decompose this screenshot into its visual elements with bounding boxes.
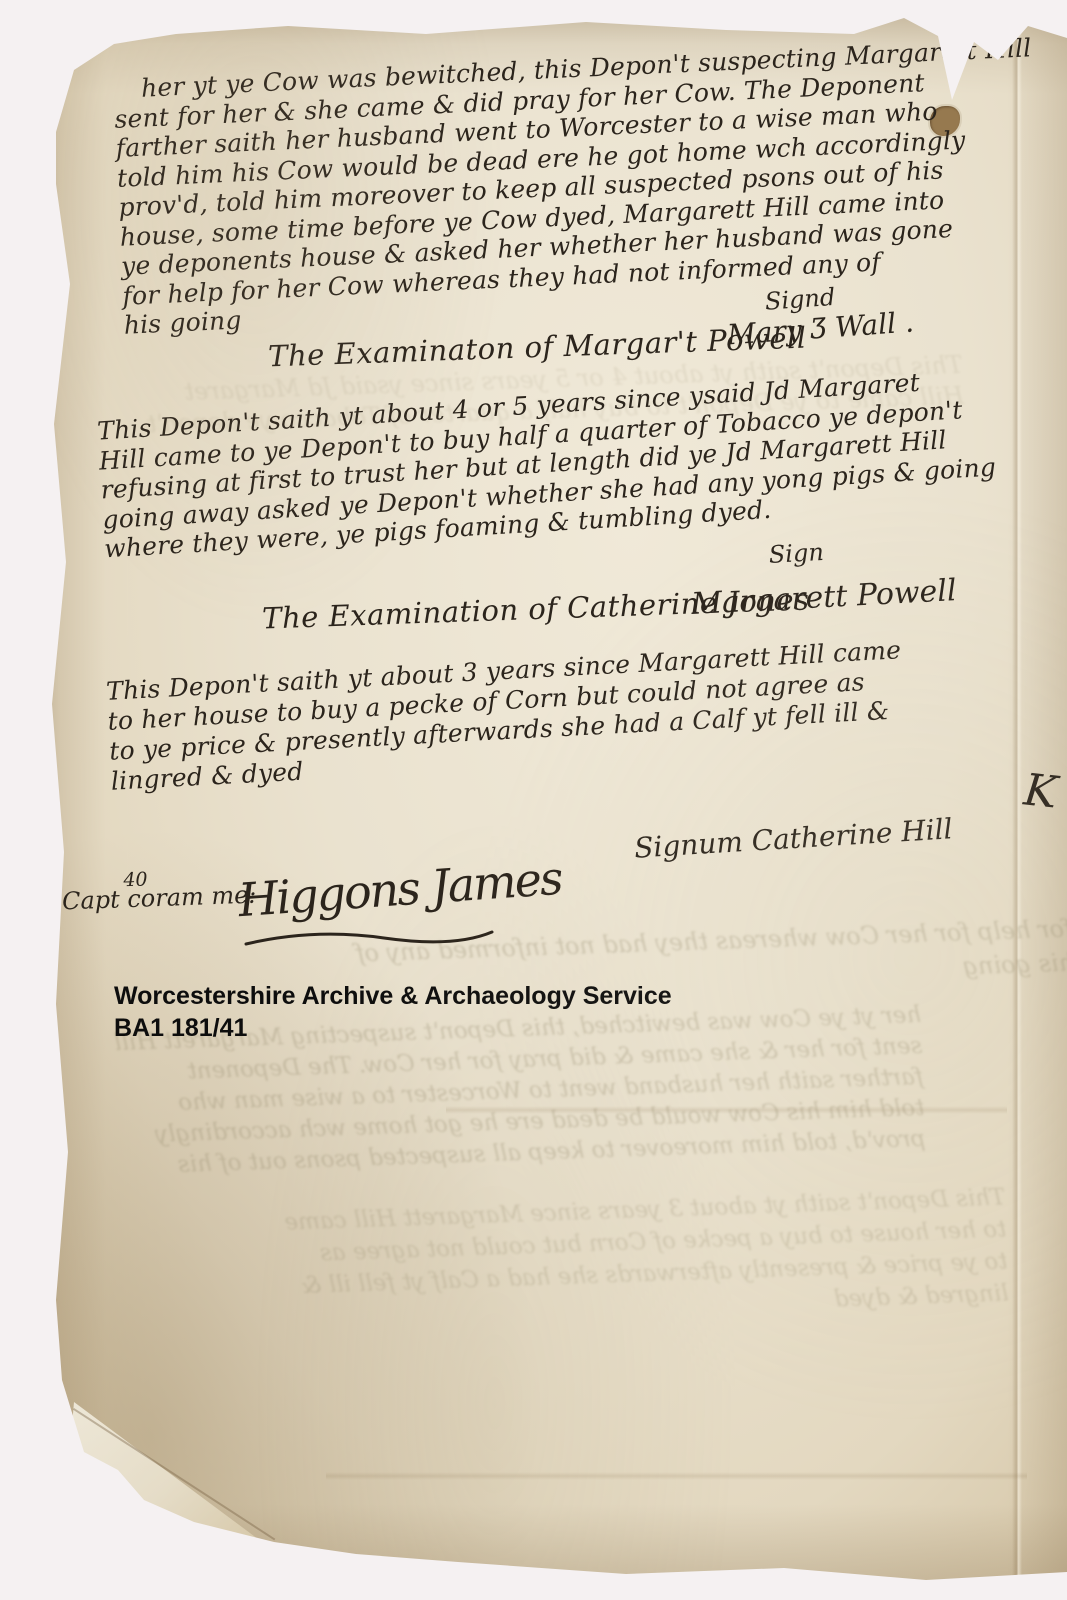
signature-catherine: Signum Catherine Hill [633,812,953,864]
signature-label: Sign [768,531,955,569]
attestation-superscript: 40 [123,868,148,891]
archive-service-name: Worcestershire Archive & Archaeology Ser… [114,980,672,1012]
signature-higgons-james: Higgons James [237,851,564,927]
bleedthrough-text: This Depon't saith yt about 3 years sinc… [284,1181,1009,1334]
corner-crease-line [73,1408,275,1540]
attestation-prefix: Capt coram me: 40 [62,881,257,916]
archive-stamp: Worcestershire Archive & Archaeology Ser… [114,980,672,1044]
deposition-paragraph-3: This Depon't saith yt about 3 years sinc… [105,635,906,796]
horizontal-crease [446,1106,1007,1114]
corner-curl [62,1402,262,1542]
signature-flourish [244,924,494,950]
manuscript-page: This Depon't saith yt about 4 or 5 years… [26,4,1067,1594]
deposition-paragraph-2: This Depon't saith yt about 4 or 5 years… [96,364,998,564]
examination-heading-jones: The Examination of Catherine Jones [262,582,810,635]
horizontal-crease [326,1472,1027,1480]
photograph-background: This Depon't saith yt about 4 or 5 years… [0,0,1067,1600]
witness-mark-k: K [1021,764,1059,818]
archive-reference-number: BA1 181/41 [114,1012,672,1044]
